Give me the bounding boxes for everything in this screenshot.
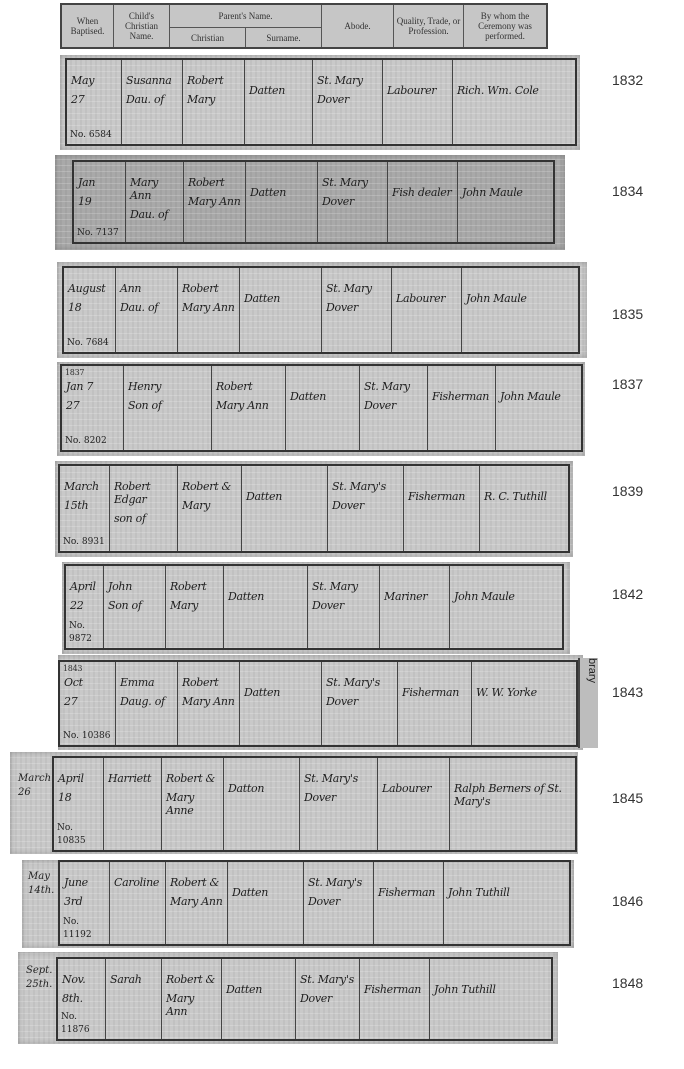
cell-quality-quality: Fisherman	[378, 886, 440, 899]
register-entry: March15thNo. 8931Robert Edgarson ofRober…	[58, 464, 570, 553]
cell-parent-christian-parent-christian-2: Mary Ann	[216, 399, 282, 412]
cell-parent-christian-parent-christian: Robert	[170, 580, 220, 593]
cell-parent-christian-parent-christian-2: Mary Anne	[166, 791, 220, 817]
cell-surname-surname: Datton	[228, 782, 296, 795]
cell-child-name-child: Mary Ann	[130, 176, 180, 202]
cell-date-date-month: Jan 7	[66, 380, 120, 393]
cell-date: April22No. 9872	[66, 566, 104, 648]
cell-quality: Fish dealer	[388, 162, 458, 242]
cell-parent-christian-parent-christian-2: Mary Ann	[188, 195, 242, 208]
entry-year-label: 1842	[612, 586, 643, 602]
cell-surname: Datten	[245, 60, 313, 144]
cell-officiant-officiant: Ralph Berners of St. Mary's	[454, 782, 572, 808]
cell-abode-abode-2: Dover	[300, 992, 356, 1005]
cell-abode: St. Mary'sDover	[296, 959, 360, 1039]
cell-surname: Datten	[246, 162, 318, 242]
cell-parent-christian-parent-christian-2: Mary Ann	[182, 695, 236, 708]
register-entry: Jan19No. 7137Mary AnnDau. ofRobertMary A…	[72, 160, 555, 244]
cell-child-name-child: Henry	[128, 380, 208, 393]
margin-birth-date: March 26	[18, 772, 50, 800]
cell-abode-abode: St. Mary	[326, 282, 388, 295]
cell-child-name-child-note: son of	[114, 512, 174, 525]
registration-number: No. 7684	[67, 337, 109, 350]
cell-officiant-officiant: John Maule	[462, 186, 550, 199]
cell-abode-abode-2: Dover	[317, 93, 379, 106]
header-quality: Quality, Trade, or Profession.	[394, 5, 464, 47]
header-parents-label: Parent's Name.	[170, 5, 321, 28]
cell-parent-christian-parent-christian: Robert &	[166, 973, 218, 986]
cell-officiant: John Maule	[496, 366, 581, 450]
cell-officiant: Rich. Wm. Cole	[453, 60, 575, 144]
header-parents-name: Parent's Name. Christian Surname.	[170, 5, 322, 47]
cell-quality: Fisherman	[404, 466, 480, 551]
cell-surname: Datton	[224, 758, 300, 850]
cell-officiant: W. W. Yorke	[472, 662, 576, 745]
cell-surname-surname: Datten	[244, 686, 318, 699]
cell-officiant: R. C. Tuthill	[480, 466, 568, 551]
cell-quality-quality: Fisherman	[408, 490, 476, 503]
cell-child-name-child-note: Son of	[108, 599, 162, 612]
header-christian: Christian	[170, 28, 246, 47]
cell-child-name: SusannaDau. of	[122, 60, 183, 144]
entry-year-label: 1834	[612, 183, 643, 199]
cell-parent-christian-parent-christian-2: Mary	[170, 599, 220, 612]
cell-parent-christian-parent-christian-2: Mary	[182, 499, 238, 512]
cell-officiant: John Tuthill	[430, 959, 551, 1039]
register-entry: April22No. 9872JohnSon ofRobertMaryDatte…	[64, 564, 564, 650]
registration-number: No. 9872	[69, 620, 103, 646]
cell-abode-abode-2: Dover	[332, 499, 400, 512]
cell-abode-abode: St. Mary	[322, 176, 384, 189]
cell-quality-quality: Labourer	[396, 292, 458, 305]
cell-officiant-officiant: W. W. Yorke	[476, 686, 573, 699]
cell-date-date-month: March	[64, 480, 106, 493]
register-entry: Jan 727No. 82021837HenrySon ofRobertMary…	[60, 364, 583, 452]
cell-date: Jan 727No. 82021837	[62, 366, 124, 450]
cell-quality-quality: Fisherman	[364, 983, 426, 996]
entry-year-label: 1832	[612, 72, 643, 88]
cell-child-name: Mary AnnDau. of	[126, 162, 184, 242]
header-child-name: Child's Christian Name.	[114, 5, 170, 47]
register-entry: April18No. 10835HarriettRobert &Mary Ann…	[52, 756, 577, 852]
cell-abode-abode: St. Mary's	[326, 676, 394, 689]
cell-child-name: Sarah	[106, 959, 162, 1039]
cell-child-name-child: Ann	[120, 282, 174, 295]
cell-abode-abode: St. Mary's	[332, 480, 400, 493]
cell-date: August18No. 7684	[64, 268, 116, 352]
cell-abode: St. Mary'sDover	[304, 862, 374, 944]
cell-parent-christian: Robert &Mary Ann	[162, 959, 222, 1039]
cell-abode-abode-2: Dover	[312, 599, 376, 612]
cell-surname: Datten	[222, 959, 296, 1039]
cell-surname: Datten	[240, 268, 322, 352]
cell-abode-abode-2: Dover	[304, 791, 374, 804]
cell-parent-christian-parent-christian: Robert	[188, 176, 242, 189]
register-entry: Nov.8th.No. 11876SarahRobert &Mary AnnDa…	[56, 957, 553, 1041]
cell-quality: Fisherman	[360, 959, 430, 1039]
cell-date-date-day: 27	[64, 695, 112, 708]
cell-date-date-day: 22	[70, 599, 100, 612]
entry-year-label: 1845	[612, 790, 643, 806]
cell-parent-christian: Robert &Mary Anne	[162, 758, 224, 850]
registration-number: No. 7137	[77, 227, 119, 240]
header-surname: Surname.	[246, 28, 321, 47]
cell-surname: Datten	[242, 466, 328, 551]
cell-child-name-child-note: Dau. of	[120, 301, 174, 314]
library-stamp: brary	[578, 658, 598, 748]
cell-date-date-day: 15th	[64, 499, 106, 512]
cell-child-name-child-note: Son of	[128, 399, 208, 412]
year-annotation: 1837	[65, 366, 84, 379]
cell-abode-abode: St. Mary	[312, 580, 376, 593]
cell-abode-abode-2: Dover	[326, 301, 388, 314]
cell-parent-christian: RobertMary	[166, 566, 224, 648]
cell-parent-christian-parent-christian: Robert	[182, 676, 236, 689]
cell-abode: St. Mary'sDover	[328, 466, 404, 551]
cell-surname-surname: Datten	[232, 886, 300, 899]
cell-child-name-child-note: Dau. of	[126, 93, 179, 106]
cell-date: March15thNo. 8931	[60, 466, 110, 551]
cell-officiant-officiant: John Tuthill	[434, 983, 548, 996]
cell-surname-surname: Datten	[249, 84, 309, 97]
cell-child-name-child: Robert Edgar	[114, 480, 174, 506]
cell-abode: St. MaryDover	[318, 162, 388, 242]
cell-date-date-month: April	[58, 772, 100, 785]
cell-officiant: John Maule	[458, 162, 553, 242]
cell-abode: St. MaryDover	[308, 566, 380, 648]
cell-date: Jan19No. 7137	[74, 162, 126, 242]
header-ceremony: By whom the Ceremony was performed.	[464, 5, 546, 47]
cell-quality: Fisherman	[374, 862, 444, 944]
cell-child-name-child-note: Dau. of	[130, 208, 180, 221]
register-entry: August18No. 7684AnnDau. ofRobertMary Ann…	[62, 266, 580, 354]
cell-date-date-day: 3rd	[64, 895, 106, 908]
cell-abode-abode: St. Mary	[317, 74, 379, 87]
cell-abode-abode: St. Mary's	[304, 772, 374, 785]
cell-parent-christian-parent-christian-2: Mary	[187, 93, 241, 106]
cell-quality: Labourer	[383, 60, 453, 144]
cell-date-date-month: Oct	[64, 676, 112, 689]
cell-quality-quality: Labourer	[387, 84, 449, 97]
registration-number: No. 8202	[65, 435, 107, 448]
cell-surname-surname: Datten	[250, 186, 314, 199]
cell-surname-surname: Datten	[246, 490, 324, 503]
cell-date-date-month: June	[64, 876, 106, 889]
cell-abode: St. MaryDover	[322, 268, 392, 352]
cell-child-name: Caroline	[110, 862, 166, 944]
cell-date: Nov.8th.No. 11876	[58, 959, 106, 1039]
cell-surname: Datten	[286, 366, 360, 450]
cell-surname: Datten	[240, 662, 322, 745]
cell-date-date-day: 19	[78, 195, 122, 208]
cell-date: May27No. 6584	[67, 60, 122, 144]
cell-date-date-month: Jan	[78, 176, 122, 189]
cell-quality-quality: Fisherman	[402, 686, 468, 699]
cell-date-date-day: 18	[68, 301, 112, 314]
cell-parent-christian: Robert &Mary Ann	[166, 862, 228, 944]
cell-child-name-child: Sarah	[110, 973, 158, 986]
entry-year-label: 1837	[612, 376, 643, 392]
cell-quality: Labourer	[378, 758, 450, 850]
cell-child-name: EmmaDaug. of	[116, 662, 178, 745]
cell-date-date-month: May	[71, 74, 118, 87]
entry-year-label: 1848	[612, 975, 643, 991]
cell-officiant: John Tuthill	[444, 862, 569, 944]
cell-date-date-day: 8th.	[62, 992, 102, 1005]
cell-date: June3rdNo. 11192	[60, 862, 110, 944]
cell-parent-christian: RobertMary Ann	[212, 366, 286, 450]
registration-number: No. 8931	[63, 536, 105, 549]
cell-child-name: HenrySon of	[124, 366, 212, 450]
cell-officiant-officiant: John Maule	[500, 390, 578, 403]
cell-officiant-officiant: John Tuthill	[448, 886, 566, 899]
cell-date-date-day: 18	[58, 791, 100, 804]
registration-number: No. 11876	[61, 1011, 105, 1037]
margin-birth-date: May 14th.	[28, 870, 60, 898]
register-entry: June3rdNo. 11192CarolineRobert &Mary Ann…	[58, 860, 571, 946]
cell-quality-quality: Labourer	[382, 782, 446, 795]
cell-parent-christian-parent-christian-2: Mary Ann	[166, 992, 218, 1018]
entry-year-label: 1839	[612, 483, 643, 499]
margin-birth-date: Sept. 25th.	[26, 964, 58, 992]
cell-officiant-officiant: R. C. Tuthill	[484, 490, 565, 503]
registration-number: No. 10386	[63, 730, 111, 743]
header-when-baptised: When Baptised.	[62, 5, 114, 47]
cell-date: April18No. 10835	[54, 758, 104, 850]
cell-date-date-day: 27	[66, 399, 120, 412]
register-column-header: When Baptised. Child's Christian Name. P…	[60, 3, 548, 49]
cell-surname-surname: Datten	[244, 292, 318, 305]
cell-abode: St. Mary'sDover	[300, 758, 378, 850]
cell-abode-abode: St. Mary's	[300, 973, 356, 986]
register-entry: Oct27No. 103861843EmmaDaug. ofRobertMary…	[58, 660, 578, 747]
cell-quality-quality: Mariner	[384, 590, 446, 603]
cell-abode: St. Mary'sDover	[322, 662, 398, 745]
cell-officiant: Ralph Berners of St. Mary's	[450, 758, 575, 850]
cell-parent-christian: RobertMary Ann	[178, 662, 240, 745]
cell-child-name: Harriett	[104, 758, 162, 850]
register-entry: May27No. 6584SusannaDau. ofRobertMaryDat…	[65, 58, 577, 146]
cell-date-date-month: August	[68, 282, 112, 295]
cell-quality-quality: Fish dealer	[392, 186, 454, 199]
cell-date-date-month: April	[70, 580, 100, 593]
cell-child-name-child-note: Daug. of	[120, 695, 174, 708]
cell-parent-christian: Robert &Mary	[178, 466, 242, 551]
cell-child-name: JohnSon of	[104, 566, 166, 648]
cell-officiant: John Maule	[450, 566, 562, 648]
cell-abode-abode-2: Dover	[322, 195, 384, 208]
cell-abode-abode-2: Dover	[326, 695, 394, 708]
cell-surname-surname: Datten	[290, 390, 356, 403]
header-abode: Abode.	[322, 5, 394, 47]
cell-officiant-officiant: John Maule	[454, 590, 559, 603]
cell-surname-surname: Datten	[226, 983, 292, 996]
entry-year-label: 1846	[612, 893, 643, 909]
cell-child-name-child: Susanna	[126, 74, 179, 87]
cell-child-name: AnnDau. of	[116, 268, 178, 352]
cell-child-name-child: Caroline	[114, 876, 162, 889]
cell-child-name-child: John	[108, 580, 162, 593]
cell-quality: Mariner	[380, 566, 450, 648]
cell-quality: Labourer	[392, 268, 462, 352]
entry-year-label: 1843	[612, 684, 643, 700]
cell-abode-abode: St. Mary's	[308, 876, 370, 889]
cell-parent-christian: RobertMary	[183, 60, 245, 144]
cell-child-name: Robert Edgarson of	[110, 466, 178, 551]
cell-officiant-officiant: Rich. Wm. Cole	[457, 84, 572, 97]
cell-date: Oct27No. 103861843	[60, 662, 116, 745]
cell-parent-christian-parent-christian-2: Mary Ann	[182, 301, 236, 314]
cell-abode-abode: St. Mary	[364, 380, 424, 393]
registration-number: No. 10835	[57, 822, 103, 848]
registration-number: No. 11192	[63, 916, 109, 942]
cell-abode: St. MaryDover	[360, 366, 428, 450]
cell-child-name-child: Harriett	[108, 772, 158, 785]
cell-abode: St. MaryDover	[313, 60, 383, 144]
cell-quality: Fisherman	[428, 366, 496, 450]
cell-surname: Datten	[228, 862, 304, 944]
cell-parent-christian-parent-christian-2: Mary Ann	[170, 895, 224, 908]
cell-quality-quality: Fisherman	[432, 390, 492, 403]
entry-year-label: 1835	[612, 306, 643, 322]
cell-parent-christian-parent-christian: Robert	[182, 282, 236, 295]
cell-date-date-day: 27	[71, 93, 118, 106]
cell-surname: Datten	[224, 566, 308, 648]
cell-quality: Fisherman	[398, 662, 472, 745]
cell-parent-christian-parent-christian: Robert &	[166, 772, 220, 785]
cell-abode-abode-2: Dover	[308, 895, 370, 908]
cell-parent-christian-parent-christian: Robert	[216, 380, 282, 393]
cell-officiant: John Maule	[462, 268, 578, 352]
cell-parent-christian: RobertMary Ann	[178, 268, 240, 352]
cell-parent-christian-parent-christian: Robert &	[182, 480, 238, 493]
cell-officiant-officiant: John Maule	[466, 292, 575, 305]
cell-date-date-month: Nov.	[62, 973, 102, 986]
cell-surname-surname: Datten	[228, 590, 304, 603]
cell-parent-christian: RobertMary Ann	[184, 162, 246, 242]
cell-child-name-child: Emma	[120, 676, 174, 689]
year-annotation: 1843	[63, 662, 82, 675]
cell-parent-christian-parent-christian: Robert	[187, 74, 241, 87]
cell-parent-christian-parent-christian: Robert &	[170, 876, 224, 889]
registration-number: No. 6584	[70, 129, 112, 142]
cell-abode-abode-2: Dover	[364, 399, 424, 412]
